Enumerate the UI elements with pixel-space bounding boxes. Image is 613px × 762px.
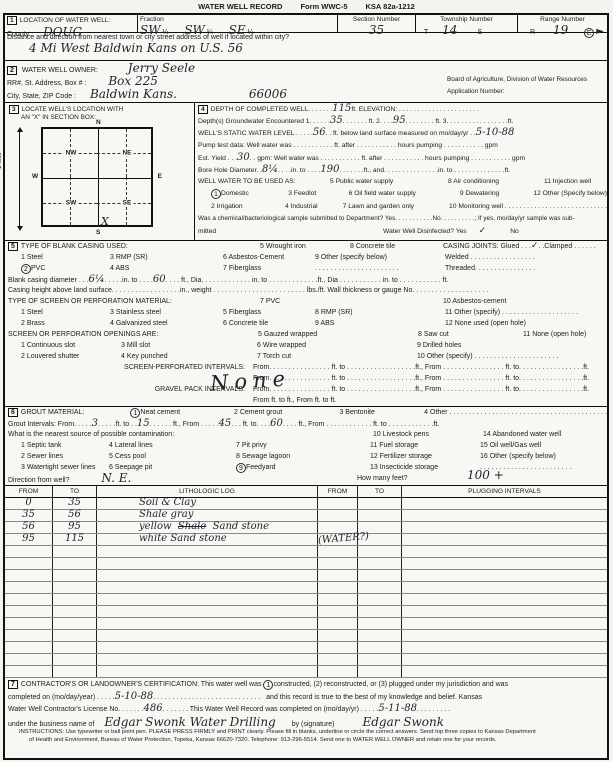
- city-value: Baldwin Kans.: [90, 87, 177, 101]
- diam-label-b: . . . . .in. to . . . .: [105, 277, 153, 284]
- record-completed-label: . . . . . . . This Water Well Record was…: [163, 706, 379, 713]
- litho-empty-row: [5, 594, 607, 606]
- col-from-2: FROM: [318, 486, 358, 498]
- to-cell: [53, 606, 97, 617]
- lithologic-table: FROM TO LITHOLOGIC LOG FROM TO PLUGGING …: [5, 486, 607, 678]
- grout-option-1-label: Neat cement: [140, 409, 180, 416]
- grout-option-2: 2 Cement grout: [234, 407, 339, 418]
- interval-blanks: From. . . . . . . . . . . . . . . . ft. …: [253, 373, 589, 384]
- log-cell: [97, 594, 318, 605]
- casing-option-5: 5 Wrought iron: [260, 241, 350, 252]
- diagram-center-horizontal: [43, 178, 151, 179]
- screen-option-5: 5 Fiberglass: [223, 307, 315, 318]
- compass-e: E: [158, 173, 162, 180]
- grout-intervals-line: Grout Intervals: From. . . . .3. . . . .…: [5, 418, 607, 429]
- instructions-line-1: INSTRUCTIONS: Use typewriter or ball poi…: [5, 728, 607, 736]
- cert-label-a: CONTRACTOR'S OR LANDOWNER'S CERTIFICATIO…: [21, 681, 262, 688]
- plug-from-cell: [318, 618, 358, 629]
- casing-option-2-circled: 2PVC: [21, 263, 110, 274]
- grout-label-d: . . . ft. to. . . .: [231, 421, 270, 428]
- mile-arrow-down-icon: [17, 226, 23, 231]
- from-cell: [5, 582, 53, 593]
- log-cell: [97, 630, 318, 641]
- screen-material-title: TYPE OF SCREEN OR PERFORATION MATERIAL:: [8, 296, 260, 307]
- quadrant-se: SE: [121, 200, 134, 207]
- township-t: T: [424, 29, 428, 36]
- range-label: Range Number: [520, 16, 605, 23]
- contam-option-3: 3 Watertight sewer lines: [21, 462, 109, 473]
- casing-option-6: 6 Asbestos-Cement: [223, 252, 315, 263]
- log-cell: [97, 642, 318, 653]
- screen-option-10: 10 Asbestos-cement: [443, 296, 506, 307]
- signature-value: Edgar Swonk: [362, 715, 444, 729]
- circled-1: 1: [211, 189, 221, 199]
- contam-option-10: 10 Livestock pens: [373, 429, 483, 440]
- log-cell: [97, 654, 318, 665]
- casing-title-text: TYPE OF BLANK CASING USED:: [21, 243, 128, 250]
- contam-option-11: 11 Fuel storage: [370, 440, 480, 451]
- contam-option-14: 14 Abandoned water well: [483, 429, 561, 440]
- use-option-11: 11 Injection well: [544, 176, 591, 188]
- yield-value: 30: [237, 152, 250, 163]
- grout-option-4: 4 Other . . . . . . . . . . . . . . . . …: [424, 407, 607, 418]
- opening-option-8: 8 Saw cut: [418, 329, 523, 340]
- casing-joints: CASING JOINTS: Glued . . .✓. .Clamped . …: [443, 241, 596, 252]
- section-1-number: 1: [7, 16, 17, 25]
- static-label-a: WELL'S STATIC WATER LEVEL . . . . .: [198, 130, 313, 137]
- business-name-value: Edgar Swonk Water Drilling: [104, 715, 275, 729]
- log-cell: [97, 546, 318, 557]
- range-direction-circled: E: [584, 28, 594, 38]
- plug-interval-cell: [402, 618, 607, 629]
- log-value: white Sand stone: [97, 534, 318, 545]
- to-cell: [53, 570, 97, 581]
- plug-to-cell: [358, 666, 402, 677]
- distance-row: Distance and direction from nearest town…: [5, 33, 607, 60]
- log-part-b: Sand stone: [213, 521, 269, 532]
- opening-option-6: 6 Wire wrapped: [257, 340, 417, 351]
- litho-empty-row: [5, 666, 607, 678]
- joints-glued-label: CASING JOINTS: Glued . . .: [443, 243, 531, 250]
- screen-option-11: 11 Other (specify) . . . . . . . . . . .…: [445, 307, 578, 318]
- township-s: S: [477, 29, 482, 36]
- plug-to-cell: [358, 558, 402, 569]
- cert-dots-2: . . . . . . . . .: [417, 706, 450, 713]
- document-title: WATER WELL RECORD: [198, 2, 282, 11]
- plug-to-cell: [358, 654, 402, 665]
- screen-option-6: 6 Concrete tile: [223, 318, 315, 329]
- interval-blanks-last: From ft. to ft., From ft. to ft.: [253, 395, 336, 406]
- to-cell: [53, 618, 97, 629]
- certification-line-2: completed on (mo/day/year) . . . . .5-10…: [5, 691, 607, 703]
- screen-option-4: 4 Galvanized steel: [110, 318, 223, 329]
- log-value: yellow Shale Sand stone: [97, 522, 318, 533]
- grout-from-2: 45: [219, 418, 232, 429]
- range-cell: Range Number R 19 E ►: [518, 15, 607, 32]
- log-cell: [97, 606, 318, 617]
- pump-test-line: Pump test data: Well water was . . . . .…: [195, 140, 607, 152]
- log-cell: [97, 618, 318, 629]
- use-option-8: 8 Air conditioning: [448, 176, 544, 188]
- plug-to-cell: [358, 642, 402, 653]
- gw-depth-2: 95: [393, 115, 406, 126]
- litho-empty-row: [5, 582, 607, 594]
- plug-from-cell: [318, 546, 358, 557]
- log-value: Soil & Clay: [97, 498, 318, 509]
- static-label-b: . . ft. below land surface measured on m…: [326, 130, 476, 137]
- bore-label-a: Bore Hole Diameter. .: [198, 167, 262, 174]
- joints-clamped-label: . .Clamped . . . . . .: [538, 243, 595, 250]
- date-completed-value: 5-10-88: [115, 691, 154, 702]
- form-number: Form WWC-5: [300, 2, 347, 11]
- log-part-a: yellow: [139, 521, 172, 532]
- from-cell: [5, 666, 53, 677]
- col-to-2: TO: [358, 486, 402, 498]
- quadrant-sw: SW: [64, 200, 78, 207]
- plug-interval-cell: [402, 594, 607, 605]
- log-cell: [97, 558, 318, 569]
- mitted-label: mitted: [198, 226, 298, 238]
- grout-title: 6GROUT MATERIAL:: [8, 407, 130, 418]
- to-cell: [53, 546, 97, 557]
- litho-empty-row: [5, 546, 607, 558]
- litho-empty-row: [5, 642, 607, 654]
- section-7-certification: 7CONTRACTOR'S OR LANDOWNER'S CERTIFICATI…: [5, 678, 607, 758]
- interval-blanks: From. . . . . . . . . . . . . . . . ft. …: [253, 362, 589, 373]
- screen-intervals-line-1: SCREEN-PERFORATED INTERVALS: From. . . .…: [5, 362, 607, 373]
- license-value: 486: [144, 703, 163, 714]
- compass-w: W: [32, 173, 38, 180]
- opening-option-3: 3 Mill slot: [121, 340, 257, 351]
- use-option-10: 10 Monitoring well . . . . . . . . . . .…: [449, 201, 607, 213]
- certification-line-1: 7CONTRACTOR'S OR LANDOWNER'S CERTIFICATI…: [5, 679, 607, 691]
- litho-row-1: 0 35 Soil & Clay: [5, 498, 607, 510]
- grout-option-3: 3 Bentonite: [339, 407, 424, 418]
- quadrant-ne: NE: [120, 150, 133, 157]
- screen-option-3: 3 Stainless steel: [110, 307, 223, 318]
- contam-option-7: 7 Pit privy: [236, 440, 370, 451]
- section-3-locate: 3LOCATE WELL'S LOCATION WITH AN "X" IN S…: [5, 103, 195, 240]
- litho-empty-rows: [5, 546, 607, 678]
- gravel-intervals-line-2: From ft. to ft., From ft. to ft.: [5, 395, 607, 406]
- range-r: R: [530, 29, 535, 36]
- plug-from-cell: [318, 558, 358, 569]
- openings-title: SCREEN OR PERFORATION OPENINGS ARE:: [8, 329, 258, 340]
- disinfected-label: Water Well Disinfected? Yes: [383, 226, 467, 238]
- from-value: 0: [5, 498, 53, 509]
- distance-value: 4 Mi West Baldwin Kans on U.S. 56: [7, 41, 605, 55]
- mile-scale-label: 1 Mile: [0, 152, 3, 169]
- from-value: 35: [5, 510, 53, 521]
- casing-diameter-value: 6¼: [89, 274, 105, 285]
- static-level-value: 56: [313, 127, 326, 138]
- circled-1-grout: 1: [130, 408, 140, 418]
- plug-to-cell: [358, 570, 402, 581]
- plug-from-cell: [318, 570, 358, 581]
- township-value: 14: [442, 23, 457, 37]
- casing-option-8: 8 Concrete tile: [350, 241, 443, 252]
- disinfected-line: mitted Water Well Disinfected? Yes ✓ No: [195, 225, 607, 237]
- casing-option-7: 7 Fiberglass: [223, 263, 315, 274]
- locate-title-2: AN "X" IN SECTION BOX:: [9, 114, 194, 121]
- contam-option-13: 13 Insecticide storage: [370, 462, 480, 473]
- section-6-number: 6: [8, 408, 18, 417]
- direction-value: N. E.: [101, 471, 131, 485]
- township-cell: Township Number T 14 S: [416, 15, 518, 32]
- to-cell: [53, 594, 97, 605]
- litho-row-4: 95 115 white Sand stone (WATER?): [5, 534, 607, 546]
- use-option-6: 6 Oil field water supply: [349, 188, 460, 200]
- casing-option-2-label: PVC: [31, 265, 45, 272]
- to-value: 56: [53, 510, 97, 521]
- contam-option-4: 4 Lateral lines: [109, 440, 236, 451]
- litho-empty-row: [5, 618, 607, 630]
- from-cell: [5, 546, 53, 557]
- statute-number: KSA 82a-1212: [366, 2, 415, 11]
- screen-option-1: 1 Steel: [21, 307, 110, 318]
- plug-to-cell: [358, 594, 402, 605]
- date-record-value: 5-11-88: [378, 703, 417, 714]
- document-header: WATER WELL RECORD Form WWC-5 KSA 82a-121…: [0, 2, 613, 11]
- depth-line: 4DEPTH OF COMPLETED WELL. . . . . . .115…: [195, 103, 607, 115]
- cert-label-b: constructed, (2) reconstructed, or (3) p…: [273, 681, 508, 688]
- casing-option-9: 9 Other (specify below): [315, 252, 445, 263]
- depth-value: 115: [332, 103, 351, 114]
- use-row-1: 1Domestic 3 Feedlot 6 Oil field water su…: [195, 188, 607, 200]
- location-row: 1LOCATION OF WATER WELL: County: DOUG Fr…: [5, 15, 607, 33]
- screen-option-12: 12 None used (open hole): [445, 318, 526, 329]
- plug-to: [358, 498, 402, 509]
- diagram-center-vertical: [98, 129, 99, 225]
- plug-interval: [402, 498, 607, 509]
- casing-option-3: 3 RMP (SR): [110, 252, 223, 263]
- log-cell: [97, 582, 318, 593]
- casing-to-value: 60: [153, 274, 166, 285]
- casing-title: 5TYPE OF BLANK CASING USED:: [8, 241, 260, 252]
- litho-row-3: 56 95 yellow Shale Sand stone: [5, 522, 607, 534]
- owner-block: 2 WATER WELL OWNER: Jerry Seele RR#, St.…: [5, 61, 447, 102]
- cert-dots: . . . . . . . . . . . . . . . . . . . . …: [153, 694, 260, 701]
- screen-row-2: 2 Brass 4 Galvanized steel 6 Concrete ti…: [5, 318, 607, 329]
- township-label: Township Number: [418, 16, 515, 23]
- casing-option-1: 1 Steel: [21, 252, 110, 263]
- plug-interval-cell: [402, 546, 607, 557]
- screen-row-1: 1 Steel 3 Stainless steel 5 Fiberglass 8…: [5, 307, 607, 318]
- openings-row-1: 1 Continuous slot 3 Mill slot 6 Wire wra…: [5, 340, 607, 351]
- direction-label: Direction from well?: [8, 477, 69, 484]
- casing-option-4: 4 ABS: [110, 263, 223, 274]
- plug-interval-cell: [402, 666, 607, 677]
- to-value: 35: [53, 498, 97, 509]
- use-option-7: 7 Lawn and garden only: [343, 201, 449, 213]
- plug-to-cell: [358, 582, 402, 593]
- plug-interval-cell: [402, 606, 607, 617]
- owner-value: Jerry Seele: [128, 61, 195, 75]
- contam-option-9-circled: 9Feedyard: [236, 462, 370, 473]
- litho-empty-row: [5, 570, 607, 582]
- gravel-intervals-line-1: GRAVEL PACK INTERVALS: From. . . . . . .…: [5, 384, 607, 395]
- use-option-9: 9 Dewatering: [460, 188, 534, 200]
- plug-interval-cell: [402, 642, 607, 653]
- diam-label-c: . . . . ft., Dia. . . . . . . . . . . . …: [166, 277, 449, 284]
- static-level-line: WELL'S STATIC WATER LEVEL . . . . .56. .…: [195, 127, 607, 139]
- grout-to-1: 15: [137, 418, 150, 429]
- disinfected-no-label: No: [510, 226, 519, 238]
- section-box-diagram: NW NE SW SE N S W E X: [41, 127, 153, 227]
- feet-label: How many feet?: [357, 473, 408, 484]
- section-number-cell: Section Number 35: [338, 15, 416, 32]
- grout-title-text: GROUT MATERIAL:: [21, 409, 85, 416]
- opening-option-5: 5 Gauzed wrapped: [258, 329, 418, 340]
- from-cell: [5, 642, 53, 653]
- log-cell: [97, 666, 318, 677]
- yield-label-a: Est. Yield . . .: [198, 155, 237, 162]
- city-label: City, State, ZIP Code :: [7, 93, 76, 100]
- signature-label: by (signature): [292, 721, 335, 728]
- use-option-3: 3 Feedlot: [288, 188, 348, 200]
- contam-option-16: 16 Other (specify below): [480, 451, 556, 462]
- from-cell: [5, 558, 53, 569]
- from-cell: [5, 630, 53, 641]
- contamination-header: What is the nearest source of possible c…: [5, 429, 607, 440]
- gw-label-b: . . . . . . . ft. 2. . . .: [343, 118, 393, 125]
- section-5-number: 5: [8, 242, 18, 251]
- plug-to-cell: [358, 546, 402, 557]
- plug-from-cell: [318, 666, 358, 677]
- use-header-line: WELL WATER TO BE USED AS: 5 Public water…: [195, 176, 607, 188]
- sections-3-4: 3LOCATE WELL'S LOCATION WITH AN "X" IN S…: [5, 103, 607, 241]
- from-cell: [5, 606, 53, 617]
- opening-option-10: 10 Other (specify) . . . . . . . . . . .…: [417, 351, 558, 362]
- circled-1-constructed: 1: [263, 680, 273, 690]
- locate-title-1: LOCATE WELL'S LOCATION WITH: [22, 106, 124, 113]
- contam-option-12: 12 Fertilizer storage: [370, 451, 480, 462]
- water-note: (WATER?): [318, 534, 358, 545]
- section-number-label: Section Number: [340, 16, 413, 23]
- opening-option-7: 7 Torch cut: [257, 351, 417, 362]
- plug-interval-cell: [402, 582, 607, 593]
- bore-diameter-value: 8¼: [262, 164, 278, 175]
- from-cell: [5, 594, 53, 605]
- contam-option-5: 5 Cess pool: [109, 451, 236, 462]
- zip-value: 66006: [249, 87, 287, 101]
- to-value: 115: [53, 534, 97, 545]
- completed-label: completed on (mo/day/year) . . . . .: [8, 694, 115, 701]
- form-body: 1LOCATION OF WATER WELL: County: DOUG Fr…: [3, 13, 609, 760]
- plug-to-cell: [358, 618, 402, 629]
- section-6-grout: 6GROUT MATERIAL: 1Neat cement 2 Cement g…: [5, 407, 607, 486]
- to-cell: [53, 582, 97, 593]
- plug-from-cell: [318, 606, 358, 617]
- quadrant-nw: NW: [64, 150, 79, 157]
- plug-from: [318, 498, 358, 509]
- lithologic-header: FROM TO LITHOLOGIC LOG FROM TO PLUGGING …: [5, 486, 607, 498]
- grout-label-e: . . . . ft., From . . . . . . . . . . . …: [283, 421, 439, 428]
- section-7-number: 7: [8, 680, 18, 689]
- opening-option-9: 9 Drilled holes: [417, 340, 461, 351]
- litho-empty-row: [5, 654, 607, 666]
- use-option-4: 4 Industrial: [285, 201, 343, 213]
- elevation-label: ft. ELEVATION: . . . . . . . . . . . . .…: [351, 106, 479, 113]
- plug-from: [318, 510, 358, 521]
- license-label: Water Well Contractor's License No. . . …: [8, 706, 144, 713]
- mile-scale-line: [19, 131, 20, 227]
- bore-hole-line: Bore Hole Diameter. .8¼. . . .in. to . .…: [195, 164, 607, 176]
- screen-material-header: TYPE OF SCREEN OR PERFORATION MATERIAL: …: [5, 296, 607, 307]
- sample-line: Was a chemical/bacteriological sample su…: [195, 213, 607, 225]
- to-value: 95: [53, 522, 97, 533]
- use-option-1-label: Domestic: [221, 190, 249, 197]
- gw-depth-1: 35: [330, 115, 343, 126]
- col-log: LITHOLOGIC LOG: [97, 486, 318, 498]
- contam-option-1: 1 Septic tank: [21, 440, 109, 451]
- water-well-record-form: { "header": {"title": "WATER WELL RECORD…: [0, 0, 613, 762]
- section-2-number: 2: [7, 66, 17, 75]
- pen-arrow-icon: ►: [596, 26, 604, 37]
- litho-empty-row: [5, 558, 607, 570]
- plug-to-cell: [358, 606, 402, 617]
- section-4-depth: 4DEPTH OF COMPLETED WELL. . . . . . .115…: [195, 103, 607, 240]
- depth-label: DEPTH OF COMPLETED WELL. . . . . . .: [211, 106, 333, 113]
- to-cell: [53, 666, 97, 677]
- grout-header-line: 6GROUT MATERIAL: 1Neat cement 2 Cement g…: [5, 407, 607, 418]
- log-cell: [97, 570, 318, 581]
- casing-other-dots: . . . . . . . . . . . . . . . . . . . . …: [315, 263, 445, 274]
- plug-interval-cell: [402, 654, 607, 665]
- log-value: Shale gray: [97, 510, 318, 521]
- use-option-1-circled: 1Domestic: [211, 188, 288, 200]
- address-label: RR#, St. Address, Box # :: [7, 80, 86, 87]
- contam-option-9-label: Feedyard: [246, 464, 276, 471]
- interval-blanks: From. . . . . . . . . . . . . . . . ft. …: [253, 384, 589, 395]
- direction-line: Direction from well? N. E. How many feet…: [5, 473, 607, 484]
- opening-option-4: 4 Key punched: [121, 351, 257, 362]
- plug-interval-cell: [402, 570, 607, 581]
- bore-label-b: . . . .in. to . . . .: [278, 167, 320, 174]
- from-cell: [5, 654, 53, 665]
- screen-option-7: 7 PVC: [260, 296, 443, 307]
- grout-to-2: 60: [270, 418, 283, 429]
- screen-option-9: 9 ABS: [315, 318, 445, 329]
- screen-option-2: 2 Brass: [21, 318, 110, 329]
- contam-row-1: 1 Septic tank 4 Lateral lines 7 Pit priv…: [5, 440, 607, 451]
- grout-label-a: Grout Intervals: From. . . . .: [8, 421, 92, 428]
- section-4-number: 4: [198, 105, 208, 114]
- plug-from-cell: [318, 654, 358, 665]
- fraction-cell: Fraction SW ¼ SW ¼ SE ¼: [138, 15, 338, 32]
- range-value: 19: [553, 23, 568, 37]
- cert-truth-label: and this record is true to the best of m…: [266, 694, 482, 701]
- groundwater-line: Depth(s) Groundwater Encountered 1. . . …: [195, 115, 607, 127]
- plug-from-cell: [318, 582, 358, 593]
- plug-to: [358, 510, 402, 521]
- gw-label-a: Depth(s) Groundwater Encountered 1. . . …: [198, 118, 330, 125]
- plug-from-cell: [318, 642, 358, 653]
- business-name-label: under the business name of: [8, 721, 94, 728]
- plug-from-cell: [318, 594, 358, 605]
- plug-from-cell: [318, 630, 358, 641]
- use-label: WELL WATER TO BE USED AS:: [198, 176, 330, 188]
- contam-row-2: 2 Sewer lines 5 Cess pool 8 Sewage lagoo…: [5, 451, 607, 462]
- use-option-2: 2 Irrigation: [211, 201, 285, 213]
- circled-2: 2: [21, 264, 31, 274]
- fraction-label: Fraction: [140, 16, 335, 23]
- contam-row-3: 3 Watertight sewer lines 6 Seepage pit 9…: [5, 462, 607, 473]
- use-option-12: 12 Other (Specify below): [533, 188, 607, 200]
- from-value: 95: [5, 534, 53, 545]
- section-3-number: 3: [9, 105, 19, 114]
- from-value: 56: [5, 522, 53, 533]
